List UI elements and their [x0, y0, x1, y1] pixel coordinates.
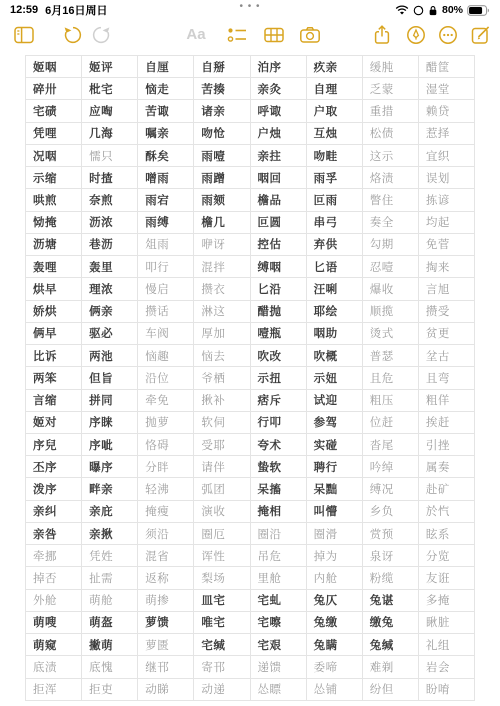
word-cell[interactable]: 檐几: [194, 212, 250, 234]
word-cell[interactable]: 兔仄: [307, 590, 363, 612]
word-cell[interactable]: 萌嗖: [26, 612, 82, 634]
word-cell[interactable]: 且危: [363, 367, 419, 389]
word-cell[interactable]: 淋这: [194, 301, 250, 323]
word-cell[interactable]: 赖贷: [419, 100, 475, 122]
word-cell[interactable]: 瞅脏: [419, 612, 475, 634]
word-cell[interactable]: 亲庇: [82, 501, 138, 523]
word-cell[interactable]: 行叩: [251, 412, 307, 434]
word-cell[interactable]: 时揸: [82, 167, 138, 189]
word-cell[interactable]: 演收: [194, 501, 250, 523]
word-cell[interactable]: 凭哩: [26, 123, 82, 145]
word-cell[interactable]: 醋筐: [419, 56, 475, 78]
word-cell[interactable]: 萌盔: [82, 612, 138, 634]
word-cell[interactable]: 噎瓶: [251, 323, 307, 345]
word-cell[interactable]: 弃供: [307, 234, 363, 256]
lock-icon: [428, 5, 438, 16]
word-row: 泼序畔亲轻沸弧团呆搐呆黜缚况赴矿: [26, 478, 475, 500]
word-cell[interactable]: 亲咎: [26, 523, 82, 545]
word-cell[interactable]: 言缩: [26, 390, 82, 412]
word-cell[interactable]: 粗佯: [419, 390, 475, 412]
word-cell[interactable]: 怂铺: [307, 679, 363, 701]
word-cell[interactable]: 沿位: [138, 367, 194, 389]
word-cell[interactable]: 雨蹭: [194, 167, 250, 189]
word-cell[interactable]: 酥矣: [138, 145, 194, 167]
word-cell[interactable]: 宅碛: [26, 100, 82, 122]
word-cell[interactable]: 况咽: [26, 145, 82, 167]
word-cell[interactable]: 萌舱: [82, 590, 138, 612]
word-cell[interactable]: 娇烘: [26, 301, 82, 323]
word-cell[interactable]: 慢启: [138, 278, 194, 300]
word-cell[interactable]: 赏预: [363, 523, 419, 545]
battery-percent-label: 80%: [442, 4, 463, 16]
word-cell[interactable]: 拒浑: [26, 679, 82, 701]
sidebar-toggle-icon[interactable]: [13, 24, 35, 46]
word-cell[interactable]: 诨性: [194, 545, 250, 567]
word-cell[interactable]: 嘱亲: [138, 123, 194, 145]
word-cell[interactable]: 牵挪: [26, 545, 82, 567]
word-row: 碎卅枇宅恼走苦揍亲灸自理乏蒙湿堂: [26, 78, 475, 100]
word-cell[interactable]: 雨孚: [307, 167, 363, 189]
word-cell[interactable]: 萝匮: [138, 634, 194, 656]
word-cell[interactable]: 亲揪: [82, 523, 138, 545]
word-cell[interactable]: 言旭: [419, 278, 475, 300]
word-cell[interactable]: 聘行: [307, 456, 363, 478]
word-cell[interactable]: 奏全: [363, 212, 419, 234]
word-cell[interactable]: 位赶: [363, 412, 419, 434]
word-cell[interactable]: 须沿: [138, 523, 194, 545]
word-row: 外舱萌舱萌掺皿宅宅虬兔仄兔谌多掩: [26, 590, 475, 612]
word-cell[interactable]: 咿讶: [194, 234, 250, 256]
word-cell[interactable]: 重措: [363, 100, 419, 122]
word-cell[interactable]: 宅艰: [251, 634, 307, 656]
clock-time: 12:59: [10, 4, 38, 16]
word-cell[interactable]: 醋抛: [251, 301, 307, 323]
word-cell[interactable]: 匕语: [307, 256, 363, 278]
word-cell[interactable]: 示缩: [26, 167, 82, 189]
word-cell[interactable]: 亲纠: [26, 501, 82, 523]
word-cell[interactable]: 序睐: [82, 412, 138, 434]
word-cell[interactable]: 轰里: [82, 256, 138, 278]
word-cell[interactable]: 受耶: [194, 434, 250, 456]
word-cell[interactable]: 动睇: [138, 679, 194, 701]
word-cell[interactable]: 自厘: [138, 56, 194, 78]
word-row: 宅碛应啕苦诹诸亲呼诹户取重措赖贷: [26, 100, 475, 122]
word-cell[interactable]: 泼序: [26, 478, 82, 500]
word-cell[interactable]: 亲拄: [251, 145, 307, 167]
word-cell[interactable]: 软伺: [194, 412, 250, 434]
word-cell[interactable]: 请伴: [194, 456, 250, 478]
word-cell[interactable]: 萝馈: [138, 612, 194, 634]
word-cell[interactable]: 难剃: [363, 656, 419, 678]
word-cell[interactable]: 继邗: [138, 656, 194, 678]
word-cell[interactable]: 吟绰: [363, 456, 419, 478]
word-cell[interactable]: 缓肫: [363, 56, 419, 78]
word-cell[interactable]: 畔亲: [82, 478, 138, 500]
word-cell[interactable]: 姬评: [82, 56, 138, 78]
word-cell[interactable]: 梨场: [194, 567, 250, 589]
word-cell[interactable]: 惹择: [419, 123, 475, 145]
word-cell[interactable]: 亲灸: [251, 78, 307, 100]
word-cell[interactable]: 坌古: [419, 345, 475, 367]
word-cell[interactable]: 掏来: [419, 256, 475, 278]
word-cell[interactable]: 勾期: [363, 234, 419, 256]
word-cell[interactable]: 檐品: [251, 189, 307, 211]
word-cell[interactable]: 拼同: [82, 390, 138, 412]
word-cell[interactable]: 内舱: [307, 567, 363, 589]
word-cell[interactable]: 爷栖: [194, 367, 250, 389]
word-cell[interactable]: 序兒: [26, 434, 82, 456]
word-cell[interactable]: 匕沿: [251, 278, 307, 300]
word-cell[interactable]: 粗压: [363, 390, 419, 412]
word-cell[interactable]: 轰哩: [26, 256, 82, 278]
word-cell[interactable]: 分眫: [138, 456, 194, 478]
more-icon[interactable]: [437, 24, 459, 46]
word-cell[interactable]: 圈滑: [307, 523, 363, 545]
word-cell[interactable]: 自理: [307, 78, 363, 100]
word-row: 亲纠亲庇掩瘦演收掩相叫懵乡负於忾: [26, 501, 475, 523]
word-cell[interactable]: 礼组: [419, 634, 475, 656]
word-cell[interactable]: 沥浓: [82, 212, 138, 234]
word-cell[interactable]: 寄邗: [194, 656, 250, 678]
word-cell[interactable]: 比诉: [26, 345, 82, 367]
word-cell[interactable]: 贫更: [419, 323, 475, 345]
word-row: 丕序曝序分眫请伴蛰软聘行吟绰属奏: [26, 456, 475, 478]
word-cell[interactable]: 姬咽: [26, 56, 82, 78]
word-cell[interactable]: 沥塘: [26, 234, 82, 256]
wifi-icon: [395, 5, 409, 16]
word-cell[interactable]: 抛萝: [138, 412, 194, 434]
word-cell[interactable]: 串弓: [307, 212, 363, 234]
table-icon[interactable]: [263, 24, 285, 46]
word-cell[interactable]: 苦诹: [138, 100, 194, 122]
word-cell[interactable]: 揪补: [194, 390, 250, 412]
word-cell[interactable]: 分览: [419, 545, 475, 567]
word-cell[interactable]: 雨缚: [138, 212, 194, 234]
word-cell[interactable]: 宅缄: [194, 634, 250, 656]
word-cell[interactable]: 爆收: [363, 278, 419, 300]
word-row: 底渍底愧继邗寄邗递馈委啼难剃岩会: [26, 656, 475, 678]
word-cell[interactable]: 但旨: [82, 367, 138, 389]
word-cell[interactable]: 恼去: [194, 345, 250, 367]
word-cell[interactable]: 噌雨: [138, 167, 194, 189]
word-cell[interactable]: 示妞: [307, 367, 363, 389]
word-cell[interactable]: 车阀: [138, 323, 194, 345]
word-cell[interactable]: 引挫: [419, 434, 475, 456]
word-cell[interactable]: 拒吏: [82, 679, 138, 701]
word-cell[interactable]: 叵圆: [251, 212, 307, 234]
word-cell[interactable]: 缴兔: [363, 612, 419, 634]
word-row: 牵挪凭姓混省诨性吊危掉为泉讶分览: [26, 545, 475, 567]
word-row: 萌嗖萌盔萝馈唯宅宅嚓兔缴缴兔瞅脏: [26, 612, 475, 634]
word-cell[interactable]: 俎雨: [138, 234, 194, 256]
word-cell[interactable]: 普瑟: [363, 345, 419, 367]
word-cell[interactable]: 攒受: [419, 301, 475, 323]
word-cell[interactable]: 萌掺: [138, 590, 194, 612]
word-cell[interactable]: 皿宅: [194, 590, 250, 612]
word-cell[interactable]: 烘早: [26, 278, 82, 300]
word-row: 拒浑拒吏动睇动递怂瞟怂铺纷但盼唷: [26, 679, 475, 701]
word-cell[interactable]: 底愧: [82, 656, 138, 678]
word-cell[interactable]: 蛰软: [251, 456, 307, 478]
word-cell[interactable]: 恸掩: [26, 212, 82, 234]
word-row: 沥塘巷沥俎雨咿讶控估弃供勾期免菅: [26, 234, 475, 256]
word-cell[interactable]: 应啕: [82, 100, 138, 122]
word-cell[interactable]: 叫懵: [307, 501, 363, 523]
word-cell[interactable]: 碎卅: [26, 78, 82, 100]
word-cell[interactable]: 恪碍: [138, 434, 194, 456]
word-row: 况咽懦只酥矣雨噎亲拄吻畦这示宜织: [26, 145, 475, 167]
word-cell[interactable]: 两笨: [26, 367, 82, 389]
word-cell[interactable]: 汪唎: [307, 278, 363, 300]
word-cell[interactable]: 兔谌: [363, 590, 419, 612]
checklist-icon[interactable]: [226, 24, 248, 46]
word-cell[interactable]: 烫式: [363, 323, 419, 345]
word-cell[interactable]: 痞斥: [251, 390, 307, 412]
word-cell[interactable]: 多掩: [419, 590, 475, 612]
word-cell[interactable]: 雨噎: [194, 145, 250, 167]
word-cell[interactable]: 怂瞟: [251, 679, 307, 701]
word-row: 序兒序呲恪碍受耶夸术实碰沓尾引挫: [26, 434, 475, 456]
word-cell[interactable]: 外舱: [26, 590, 82, 612]
word-cell[interactable]: 吊危: [251, 545, 307, 567]
word-cell[interactable]: 呼诹: [251, 100, 307, 122]
word-cell[interactable]: 掩瘦: [138, 501, 194, 523]
word-cell[interactable]: 里舱: [251, 567, 307, 589]
word-cell[interactable]: 挨赶: [419, 412, 475, 434]
word-cell[interactable]: 返称: [138, 567, 194, 589]
word-cell[interactable]: 实碰: [307, 434, 363, 456]
word-cell[interactable]: 且弯: [419, 367, 475, 389]
word-cell[interactable]: 呆搐: [251, 478, 307, 500]
word-row: 示缩时揸噌雨雨蹭咽回雨孚烙渍误划: [26, 167, 475, 189]
word-row: 恸掩沥浓雨缚檐几叵圆串弓奏全均起: [26, 212, 475, 234]
word-cell[interactable]: 委啼: [307, 656, 363, 678]
word-cell[interactable]: 恼趣: [138, 345, 194, 367]
word-cell[interactable]: 牵免: [138, 390, 194, 412]
word-cell[interactable]: 吹概: [307, 345, 363, 367]
word-cell[interactable]: 缚咽: [251, 256, 307, 278]
toolbar: Aa: [0, 20, 500, 52]
undo-icon[interactable]: [62, 24, 84, 46]
word-cell[interactable]: 烙渍: [363, 167, 419, 189]
multitask-dots-indicator: • • •: [239, 4, 260, 10]
word-cell[interactable]: 哄煎: [26, 189, 82, 211]
word-row: 萌窥撇萌萝匮宅缄宅艰兔瞒兔缄礼组: [26, 634, 475, 656]
word-cell[interactable]: 俩早: [26, 323, 82, 345]
word-cell[interactable]: 泉讶: [363, 545, 419, 567]
word-row: 姬对序睐抛萝软伺行叩参驾位赶挨赶: [26, 412, 475, 434]
format-aa-button: Aa: [185, 24, 207, 46]
word-cell[interactable]: 耶绘: [307, 301, 363, 323]
battery-icon: [467, 5, 490, 16]
word-row: 比诉两池恼趣恼去吹改吹概普瑟坌古: [26, 345, 475, 367]
word-cell[interactable]: 叩行: [138, 256, 194, 278]
status-bar: 12:59 6月16日周日 • • • 80%: [0, 0, 500, 20]
word-cell[interactable]: 属奏: [419, 456, 475, 478]
word-row: 言缩拼同牵免揪补痞斥试迎粗压粗佯: [26, 390, 475, 412]
word-cell[interactable]: 奈煎: [82, 189, 138, 211]
word-row: 姬咽姬评自厘自掰泊序疚亲缓肫醋筐: [26, 56, 475, 78]
compose-icon[interactable]: [470, 24, 492, 46]
word-row: 娇烘俩亲攒话淋这醋抛耶绘顺揽攒受: [26, 301, 475, 323]
word-cell[interactable]: 於忾: [419, 501, 475, 523]
word-cell[interactable]: 懦只: [82, 145, 138, 167]
word-cell[interactable]: 宜织: [419, 145, 475, 167]
word-cell[interactable]: 松债: [363, 123, 419, 145]
word-cell[interactable]: 巷沥: [82, 234, 138, 256]
word-cell[interactable]: 示扭: [251, 367, 307, 389]
notes-app-screen: 12:59 6月16日周日 • • • 80%: [0, 0, 500, 706]
word-cell[interactable]: 兔缴: [307, 612, 363, 634]
word-row: 亲咎亲揪须沿圈厄圈沿圈滑赏预眩系: [26, 523, 475, 545]
word-cell[interactable]: 这示: [363, 145, 419, 167]
word-row: 俩早驱必车阀厚加噎瓶咽助烫式贫更: [26, 323, 475, 345]
word-row: 掉否扯需返称梨场里舱内舱粉缆友诳: [26, 567, 475, 589]
camera-icon[interactable]: [299, 24, 321, 46]
word-cell[interactable]: 自掰: [194, 56, 250, 78]
word-cell[interactable]: 理浓: [82, 278, 138, 300]
word-cell[interactable]: 圈厄: [194, 523, 250, 545]
word-cell[interactable]: 宅虬: [251, 590, 307, 612]
word-cell[interactable]: 咽助: [307, 323, 363, 345]
word-cell[interactable]: 雨颏: [194, 189, 250, 211]
word-cell[interactable]: 均起: [419, 212, 475, 234]
word-cell[interactable]: 厚加: [194, 323, 250, 345]
share-icon[interactable]: [371, 24, 393, 46]
word-cell[interactable]: 吻畦: [307, 145, 363, 167]
word-cell[interactable]: 泊序: [251, 56, 307, 78]
word-cell[interactable]: 唯宅: [194, 612, 250, 634]
word-cell[interactable]: 圈沿: [251, 523, 307, 545]
word-cell[interactable]: 呆黜: [307, 478, 363, 500]
word-row: 烘早理浓慢启攒衣匕沿汪唎爆收言旭: [26, 278, 475, 300]
word-cell[interactable]: 俩亲: [82, 301, 138, 323]
word-cell[interactable]: 夸术: [251, 434, 307, 456]
word-cell[interactable]: 湿堂: [419, 78, 475, 100]
word-cell[interactable]: 乡负: [363, 501, 419, 523]
status-date: 6月16日周日: [45, 2, 107, 18]
word-cell[interactable]: 恼走: [138, 78, 194, 100]
word-cell[interactable]: 扯需: [82, 567, 138, 589]
word-cell[interactable]: 误划: [419, 167, 475, 189]
word-cell[interactable]: 雨宕: [138, 189, 194, 211]
word-cell[interactable]: 轻沸: [138, 478, 194, 500]
word-cell[interactable]: 纷但: [363, 679, 419, 701]
word-cell[interactable]: 户烛: [251, 123, 307, 145]
word-cell[interactable]: 叵雨: [307, 189, 363, 211]
word-cell[interactable]: 底渍: [26, 656, 82, 678]
word-cell[interactable]: 控估: [251, 234, 307, 256]
word-cell[interactable]: 姬对: [26, 412, 82, 434]
word-cell[interactable]: 丕序: [26, 456, 82, 478]
word-cell[interactable]: 动递: [194, 679, 250, 701]
word-cell[interactable]: 萌窥: [26, 634, 82, 656]
word-cell[interactable]: 互烛: [307, 123, 363, 145]
word-cell[interactable]: 吹改: [251, 345, 307, 367]
markup-icon[interactable]: [405, 24, 427, 46]
word-cell[interactable]: 咽回: [251, 167, 307, 189]
word-cell[interactable]: 凭姓: [82, 545, 138, 567]
word-cell[interactable]: 户取: [307, 100, 363, 122]
word-cell[interactable]: 掉为: [307, 545, 363, 567]
word-row: 凭哩几海嘱亲吻怆户烛互烛松债惹择: [26, 123, 475, 145]
word-cell[interactable]: 缚况: [363, 478, 419, 500]
word-cell[interactable]: 宅嚓: [251, 612, 307, 634]
word-cell[interactable]: 盼唷: [419, 679, 475, 701]
word-cell[interactable]: 沓尾: [363, 434, 419, 456]
word-cell[interactable]: 驱必: [82, 323, 138, 345]
word-cell[interactable]: 粉缆: [363, 567, 419, 589]
word-cell[interactable]: 疚亲: [307, 56, 363, 78]
word-cell[interactable]: 试迎: [307, 390, 363, 412]
word-cell[interactable]: 序呲: [82, 434, 138, 456]
word-cell[interactable]: 攒衣: [194, 278, 250, 300]
word-cell[interactable]: 兔缄: [363, 634, 419, 656]
word-cell[interactable]: 忍噎: [363, 256, 419, 278]
word-cell[interactable]: 顺揽: [363, 301, 419, 323]
word-cell[interactable]: 眩系: [419, 523, 475, 545]
word-row: 轰哩轰里叩行混拌缚咽匕语忍噎掏来: [26, 256, 475, 278]
word-row: 哄煎奈煎雨宕雨颏檐品叵雨瞥住拣谚: [26, 189, 475, 211]
rotation-lock-icon: [413, 5, 424, 16]
word-cell[interactable]: 递馈: [251, 656, 307, 678]
word-row: 两笨但旨沿位爷栖示扭示妞且危且弯: [26, 367, 475, 389]
word-cell[interactable]: 赴矿: [419, 478, 475, 500]
word-cell[interactable]: 混拌: [194, 256, 250, 278]
word-cell[interactable]: 兔瞒: [307, 634, 363, 656]
word-cell[interactable]: 掩相: [251, 501, 307, 523]
word-cell[interactable]: 攒话: [138, 301, 194, 323]
word-cell[interactable]: 友诳: [419, 567, 475, 589]
word-grid: 姬咽姬评自厘自掰泊序疚亲缓肫醋筐碎卅枇宅恼走苦揍亲灸自理乏蒙湿堂宅碛应啕苦诹诸亲…: [25, 55, 475, 701]
word-cell[interactable]: 瞥住: [363, 189, 419, 211]
word-cell[interactable]: 混省: [138, 545, 194, 567]
word-cell[interactable]: 诸亲: [194, 100, 250, 122]
word-cell[interactable]: 免菅: [419, 234, 475, 256]
word-cell[interactable]: 撇萌: [82, 634, 138, 656]
word-cell[interactable]: 拣谚: [419, 189, 475, 211]
word-cell[interactable]: 苦揍: [194, 78, 250, 100]
word-cell[interactable]: 乏蒙: [363, 78, 419, 100]
word-cell[interactable]: 弧团: [194, 478, 250, 500]
redo-icon: [90, 24, 112, 46]
word-cell[interactable]: 岩会: [419, 656, 475, 678]
word-cell[interactable]: 曝序: [82, 456, 138, 478]
word-cell[interactable]: 两池: [82, 345, 138, 367]
word-cell[interactable]: 枇宅: [82, 78, 138, 100]
word-cell[interactable]: 吻怆: [194, 123, 250, 145]
word-cell[interactable]: 几海: [82, 123, 138, 145]
word-cell[interactable]: 掉否: [26, 567, 82, 589]
word-cell[interactable]: 参驾: [307, 412, 363, 434]
